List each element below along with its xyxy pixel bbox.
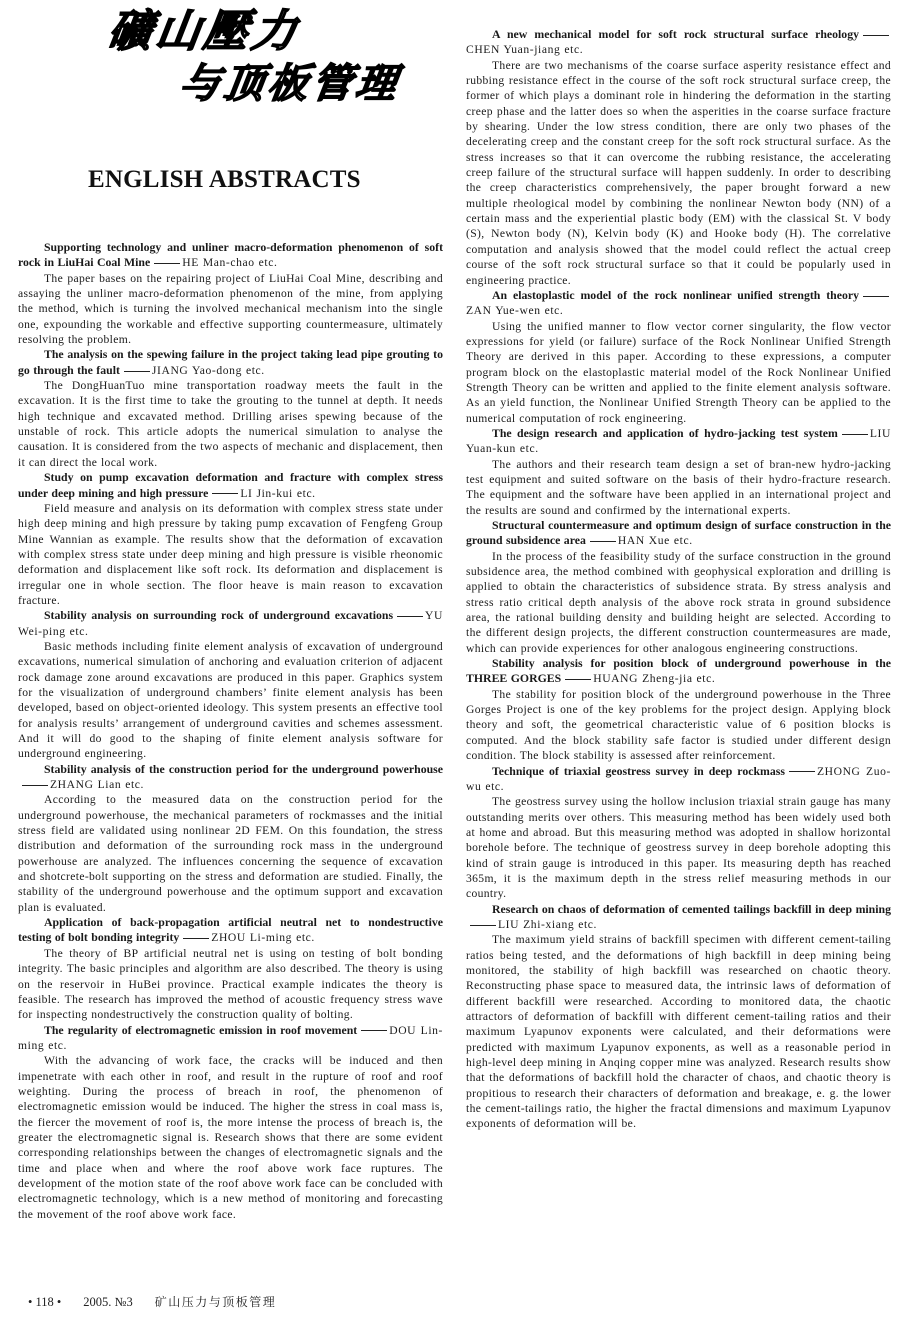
em-dash-separator — [470, 925, 496, 926]
article: Stability analysis of the construction p… — [18, 762, 443, 915]
article-title: Research on chaos of deformation of ceme… — [492, 902, 891, 916]
em-dash-separator — [590, 541, 616, 542]
article-title: Study on pump excavation deformation and… — [18, 470, 443, 499]
article: A new mechanical model for soft rock str… — [466, 27, 891, 288]
article: The regularity of electromagnetic emissi… — [18, 1023, 443, 1222]
article-abstract: Basic methods including finite element a… — [18, 639, 443, 762]
article-abstract: The stability for position block of the … — [466, 687, 891, 764]
em-dash-separator — [842, 434, 868, 435]
em-dash-separator — [863, 296, 889, 297]
article-author: HUANG Zheng-jia etc. — [593, 672, 715, 685]
article: Research on chaos of deformation of ceme… — [466, 902, 891, 1132]
article-abstract: The geostress survey using the hollow in… — [466, 794, 891, 901]
article-title: The regularity of electromagnetic emissi… — [44, 1023, 357, 1037]
article-abstract: Using the unified manner to flow vector … — [466, 319, 891, 426]
em-dash-separator — [565, 679, 591, 680]
article-heading: The analysis on the spewing failure in t… — [18, 347, 443, 378]
article: An elastoplastic model of the rock nonli… — [466, 288, 891, 426]
article-author: JIANG Yao-dong etc. — [152, 364, 265, 377]
article-heading: Research on chaos of deformation of ceme… — [466, 902, 891, 933]
section-title: ENGLISH ABSTRACTS — [88, 172, 361, 187]
em-dash-separator — [863, 35, 889, 36]
article-author: CHEN Yuan-jiang etc. — [466, 43, 583, 56]
article-abstract: Field measure and analysis on its deform… — [18, 501, 443, 608]
article: Structural countermeasure and optimum de… — [466, 518, 891, 656]
article-heading: The regularity of electromagnetic emissi… — [18, 1023, 443, 1054]
em-dash-separator — [154, 263, 180, 264]
journal-name: 矿山压力与顶板管理 — [155, 1295, 277, 1309]
masthead: 礦山壓力 与顶板管理 ENGLISH ABSTRACTS — [18, 0, 443, 240]
article-title: Stability analysis on surrounding rock o… — [44, 608, 393, 622]
em-dash-separator — [22, 785, 48, 786]
article-author: LI Jin-kui etc. — [240, 487, 315, 500]
article-title: An elastoplastic model of the rock nonli… — [492, 288, 859, 302]
em-dash-separator — [212, 493, 238, 494]
article-abstract: With the advancing of work face, the cra… — [18, 1053, 443, 1222]
article-heading: Application of back-propagation artifici… — [18, 915, 443, 946]
article-heading: Stability analysis of the construction p… — [18, 762, 443, 793]
article-author: HE Man-chao etc. — [182, 256, 277, 269]
article: Application of back-propagation artifici… — [18, 915, 443, 1022]
article-abstract: The theory of BP artificial neutral net … — [18, 946, 443, 1023]
article-heading: Technique of triaxial geostress survey i… — [466, 764, 891, 795]
article-author: ZAN Yue-wen etc. — [466, 304, 563, 317]
right-column: A new mechanical model for soft rock str… — [466, 27, 891, 1132]
article-abstract: There are two mechanisms of the coarse s… — [466, 58, 891, 288]
article-heading: An elastoplastic model of the rock nonli… — [466, 288, 891, 319]
article-heading: Stability analysis for position block of… — [466, 656, 891, 687]
page-number: • 118 • — [28, 1295, 61, 1309]
em-dash-separator — [789, 771, 815, 772]
article-heading: Structural countermeasure and optimum de… — [466, 518, 891, 549]
article-abstract: The paper bases on the repairing project… — [18, 271, 443, 348]
page-footer: • 118 •2005. №3矿山压力与顶板管理 — [28, 1293, 298, 1310]
article-author: HAN Xue etc. — [618, 534, 693, 547]
article-heading: Supporting technology and unliner macro-… — [18, 240, 443, 271]
article-title: The design research and application of h… — [492, 426, 838, 440]
article-author: ZHANG Lian etc. — [50, 778, 144, 791]
article-title: Stability analysis of the construction p… — [44, 762, 443, 776]
em-dash-separator — [124, 371, 150, 372]
article: The analysis on the spewing failure in t… — [18, 347, 443, 470]
article-abstract: In the process of the feasibility study … — [466, 549, 891, 656]
article-abstract: The authors and their research team desi… — [466, 457, 891, 518]
article-abstract: According to the measured data on the co… — [18, 792, 443, 915]
article: Technique of triaxial geostress survey i… — [466, 764, 891, 902]
article-title: Technique of triaxial geostress survey i… — [492, 764, 785, 778]
left-column: 礦山壓力 与顶板管理 ENGLISH ABSTRACTS Supporting … — [18, 0, 443, 1222]
journal-calligraphy-logo: 礦山壓力 与顶板管理 — [90, 24, 420, 134]
em-dash-separator — [397, 616, 423, 617]
issue-number: 2005. №3 — [83, 1295, 132, 1309]
article: Supporting technology and unliner macro-… — [18, 240, 443, 347]
logo-line-2: 与顶板管理 — [179, 76, 401, 91]
article: Stability analysis for position block of… — [466, 656, 891, 763]
article-heading: A new mechanical model for soft rock str… — [466, 27, 891, 58]
article-title: A new mechanical model for soft rock str… — [492, 27, 859, 41]
article-author: ZHOU Li-ming etc. — [211, 931, 315, 944]
article-heading: Stability analysis on surrounding rock o… — [18, 608, 443, 639]
article-abstract: The maximum yield strains of backfill sp… — [466, 932, 891, 1131]
article: The design research and application of h… — [466, 426, 891, 518]
article-abstract: The DongHuanTuo mine transportation road… — [18, 378, 443, 470]
em-dash-separator — [183, 938, 209, 939]
article-author: LIU Zhi-xiang etc. — [498, 918, 597, 931]
article-heading: Study on pump excavation deformation and… — [18, 470, 443, 501]
em-dash-separator — [361, 1030, 387, 1031]
article-heading: The design research and application of h… — [466, 426, 891, 457]
logo-line-1: 礦山壓力 — [107, 24, 301, 39]
article: Study on pump excavation deformation and… — [18, 470, 443, 608]
article: Stability analysis on surrounding rock o… — [18, 608, 443, 761]
